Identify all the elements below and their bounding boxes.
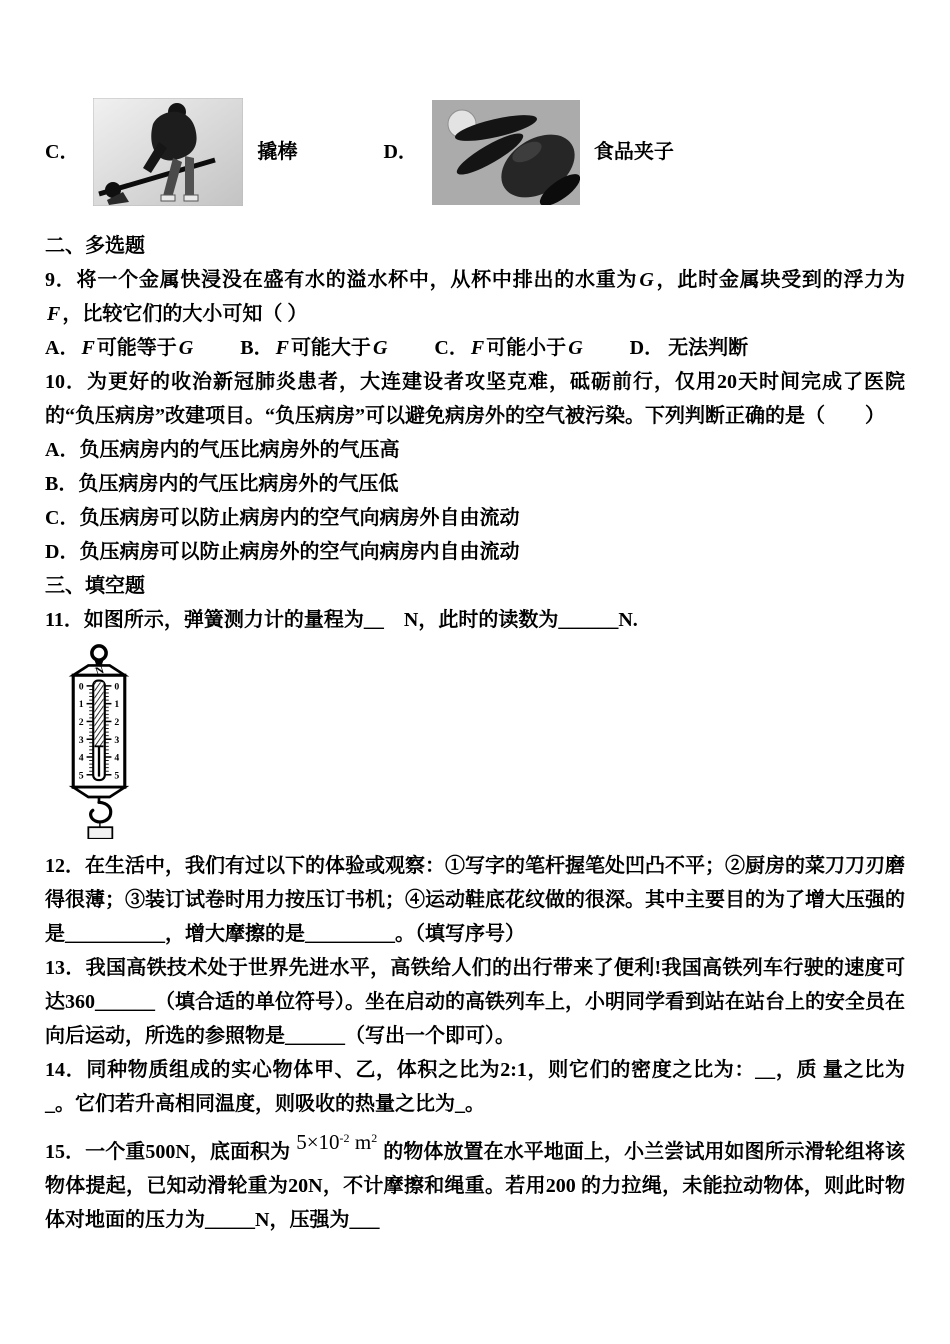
option-d: D． 食品夹子	[383, 100, 673, 205]
svg-text:0: 0	[114, 681, 119, 692]
svg-text:4: 4	[114, 753, 119, 764]
svg-text:2: 2	[114, 717, 119, 728]
question-12-text: 12．在生活中，我们有过以下的体验或观察：①写字的笔杆握笔处凹凸不平；②厨房的菜…	[45, 849, 905, 951]
svg-text:3: 3	[79, 735, 84, 746]
option-c-label: C．	[45, 135, 79, 169]
spring-dynamometer-diagram: N 001122334455	[59, 643, 139, 839]
q10-option-a: A．负压病房内的气压比病房外的气压高	[45, 433, 905, 467]
option-c: C． 撬棒	[45, 98, 297, 206]
svg-text:4: 4	[79, 753, 84, 764]
q10-option-d: D．负压病房可以防止病房外的空气向病房内自由流动	[45, 535, 905, 569]
question-11-text: 11．如图所示，弹簧测力计的量程为__ N，此时的读数为______N.	[45, 603, 905, 637]
q9-option-d: D．无法判断	[630, 331, 752, 365]
question-9-options: A．F可能等于G B．F可能大于G C．F可能小于G D．无法判断	[45, 331, 905, 365]
option-d-label: D．	[383, 135, 417, 169]
q9-option-c: C．F可能小于G	[434, 331, 584, 365]
q10-option-c: C．负压病房可以防止病房内的空气向病房外自由流动	[45, 501, 905, 535]
svg-text:3: 3	[114, 735, 119, 746]
svg-text:5: 5	[114, 770, 119, 781]
spring-scale-figure: N 001122334455	[59, 643, 905, 839]
tongs-photo	[432, 100, 580, 205]
svg-text:5: 5	[79, 770, 84, 781]
question-10-text: 10．为更好的收治新冠肺炎患者，大连建设者攻坚克难，砥砺前行，仅用20天时间完成…	[45, 365, 905, 433]
section-heading-multichoice: 二、多选题	[45, 229, 905, 263]
svg-text:1: 1	[114, 699, 119, 710]
area-formula: 5×10-2 m2	[290, 1130, 383, 1154]
crowbar-photo	[93, 98, 243, 206]
svg-text:0: 0	[79, 681, 84, 692]
exam-page: C． 撬棒 D．	[0, 0, 950, 1344]
question-14-text: 14．同种物质组成的实心物体甲、乙，体积之比为2:1，则它们的密度之比为：__，…	[45, 1053, 905, 1121]
option-d-caption: 食品夹子	[594, 135, 674, 169]
svg-text:2: 2	[79, 717, 84, 728]
section-heading-fill-blank: 三、填空题	[45, 569, 905, 603]
q9-option-a: A．F可能等于G	[45, 331, 195, 365]
q9-option-b: B．F可能大于G	[240, 331, 389, 365]
question8-figure-options: C． 撬棒 D．	[45, 97, 905, 207]
question-15-text: 15．一个重500N，底面积为5×10-2 m2的物体放置在水平地面上，小兰尝试…	[45, 1121, 905, 1237]
q10-option-b: B．负压病房内的气压比病房外的气压低	[45, 467, 905, 501]
question-13-text: 13．我国高铁技术处于世界先进水平，高铁给人们的出行带来了便利!我国高铁列车行驶…	[45, 951, 905, 1053]
option-c-caption: 撬棒	[257, 135, 297, 169]
question-9-text: 9．将一个金属快浸没在盛有水的溢水杯中，从杯中排出的水重为G，此时金属块受到的浮…	[45, 263, 905, 331]
svg-text:1: 1	[79, 699, 84, 710]
